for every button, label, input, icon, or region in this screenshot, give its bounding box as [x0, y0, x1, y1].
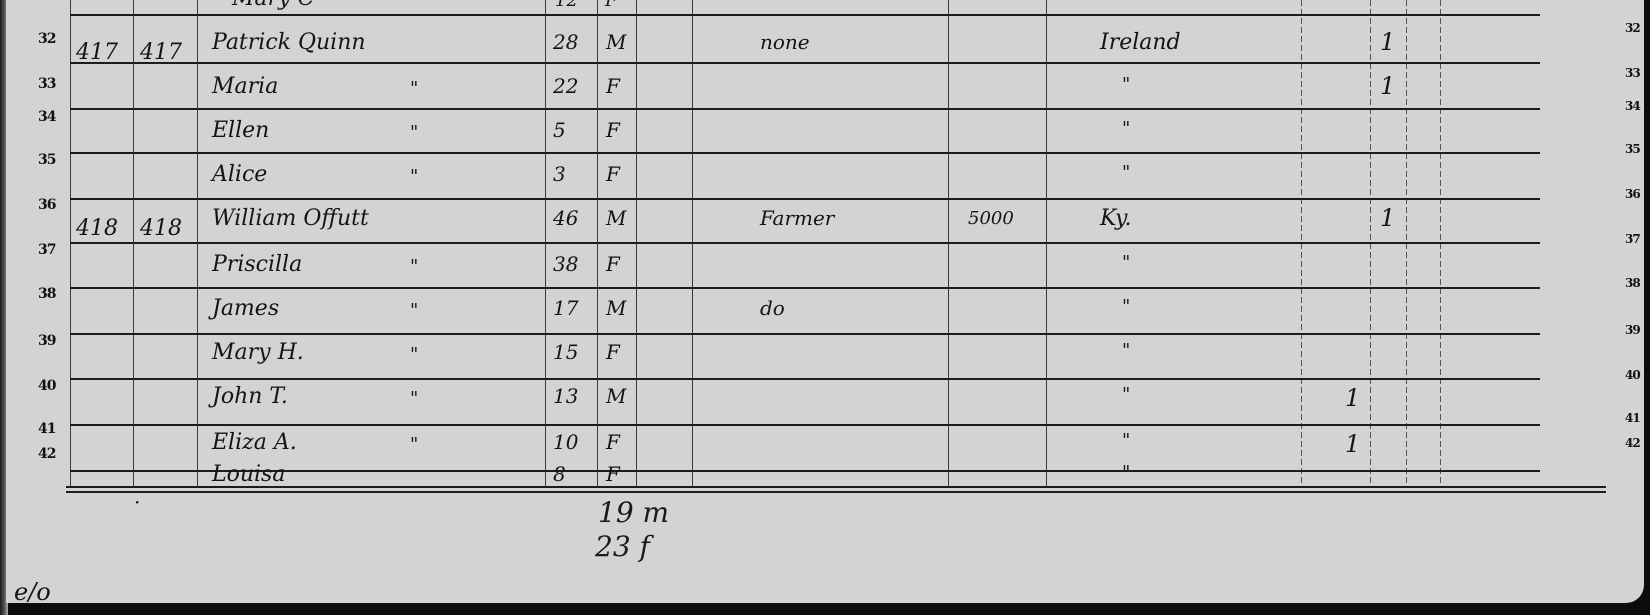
real-estate-value: 5000: [968, 208, 1014, 229]
birthplace: ": [1122, 74, 1130, 95]
birthplace: ": [1122, 384, 1130, 405]
surname-ditto: ": [410, 122, 418, 143]
total-double-rule: [66, 486, 1606, 488]
age: 8: [553, 462, 566, 486]
row-number-left: 42: [38, 446, 55, 462]
row-rule: [70, 198, 1540, 200]
person-name: Louisa: [212, 462, 285, 487]
row-number-right: 35: [1625, 142, 1640, 156]
occupation: Farmer: [760, 206, 834, 230]
family-number: 418: [140, 216, 182, 241]
row-number-left: 40: [38, 378, 55, 394]
sex: M: [606, 30, 626, 54]
row-number-right: 39: [1625, 323, 1640, 337]
row-number-right: 37: [1625, 232, 1640, 246]
row-number-left: 41: [38, 421, 55, 437]
column-divider: [1406, 0, 1407, 488]
row-rule: [70, 470, 1540, 472]
surname-ditto: ": [410, 300, 418, 321]
mark-column-b: 1: [1380, 204, 1395, 232]
row-rule: [70, 14, 1540, 16]
surname-ditto: ": [410, 256, 418, 277]
row-number-right: 33: [1625, 66, 1640, 80]
birthplace: Ireland: [1100, 30, 1181, 55]
partial-age: 12: [555, 0, 578, 11]
person-name: Patrick Quinn: [212, 30, 366, 55]
person-name: Maria: [212, 74, 278, 99]
row-number-right: 36: [1625, 187, 1640, 201]
row-rule: [70, 378, 1540, 380]
corner-mark: e/o: [14, 578, 51, 606]
column-divider: [545, 0, 546, 488]
sex: M: [606, 296, 626, 320]
row-rule: [70, 62, 1540, 64]
sex: F: [606, 74, 620, 98]
age: 5: [553, 118, 566, 142]
column-divider: [636, 0, 637, 488]
female-tally: 23 f: [595, 530, 650, 563]
person-name: Priscilla: [212, 252, 302, 277]
column-divider: [597, 0, 598, 488]
sex: F: [606, 162, 620, 186]
dwelling-number: 417: [76, 40, 118, 65]
column-divider: [197, 0, 198, 488]
birthplace: ": [1122, 430, 1130, 451]
person-name: Mary H.: [212, 340, 304, 365]
male-tally: 19 m: [598, 496, 669, 529]
row-rule: [70, 242, 1540, 244]
person-name: James: [212, 296, 279, 321]
family-number: 417: [140, 40, 182, 65]
age: 10: [553, 430, 578, 454]
row-number-left: 32: [38, 31, 55, 47]
mark-column-b: 1: [1380, 72, 1395, 100]
row-number-right: 38: [1625, 276, 1640, 290]
row-number-left: 35: [38, 152, 55, 168]
row-number-right: 40: [1625, 368, 1640, 382]
row-number-right: 41: [1625, 411, 1640, 425]
mark-column-b: 1: [1380, 28, 1395, 56]
person-name: Eliza A.: [212, 430, 297, 455]
age: 13: [553, 384, 578, 408]
row-rule: [70, 152, 1540, 154]
age: 17: [553, 296, 578, 320]
column-divider: [692, 0, 693, 488]
row-number-right: 32: [1625, 21, 1640, 35]
partial-sex: F: [605, 0, 618, 11]
birthplace: ": [1122, 162, 1130, 183]
column-divider: [1440, 0, 1441, 488]
surname-ditto: ": [410, 166, 418, 187]
total-double-rule: [66, 491, 1606, 493]
mark-column-a: 1: [1345, 430, 1360, 458]
age: 28: [553, 30, 578, 54]
birthplace: ": [1122, 252, 1130, 273]
row-number-left: 33: [38, 76, 55, 92]
age: 38: [553, 252, 578, 276]
sex: F: [606, 430, 620, 454]
birthplace: ": [1122, 462, 1130, 483]
occupation: do: [760, 296, 785, 320]
row-number-left: 34: [38, 109, 55, 125]
census-page: 3233343536373839404142323334353637383940…: [6, 0, 1644, 603]
row-number-left: 37: [38, 242, 55, 258]
column-divider: [1046, 0, 1047, 488]
column-divider: [133, 0, 134, 488]
row-rule: [70, 424, 1540, 426]
age: 22: [553, 74, 578, 98]
row-number-left: 36: [38, 197, 55, 213]
row-number-right: 34: [1625, 99, 1640, 113]
person-name: John T.: [212, 384, 288, 409]
partial-name: Mary C: [232, 0, 314, 11]
occupation: none: [760, 30, 810, 54]
column-divider: [1370, 0, 1371, 488]
age: 15: [553, 340, 578, 364]
stray-dot: ·: [134, 490, 140, 514]
birthplace: ": [1122, 296, 1130, 317]
column-divider: [70, 0, 71, 488]
sex: M: [606, 384, 626, 408]
age: 3: [553, 162, 566, 186]
dwelling-number: 418: [76, 216, 118, 241]
sex: F: [606, 340, 620, 364]
row-rule: [70, 333, 1540, 335]
surname-ditto: ": [410, 344, 418, 365]
sex: M: [606, 206, 626, 230]
row-number-left: 39: [38, 333, 55, 349]
person-name: William Offutt: [212, 206, 369, 231]
row-rule: [70, 287, 1540, 289]
row-number-right: 42: [1625, 436, 1640, 450]
sex: F: [606, 118, 620, 142]
age: 46: [553, 206, 578, 230]
mark-column-a: 1: [1345, 384, 1360, 412]
surname-ditto: ": [410, 434, 418, 455]
person-name: Alice: [212, 162, 267, 187]
surname-ditto: ": [410, 78, 418, 99]
surname-ditto: ": [410, 388, 418, 409]
birthplace: ": [1122, 118, 1130, 139]
sex: F: [606, 462, 620, 486]
row-number-left: 38: [38, 286, 55, 302]
person-name: Ellen: [212, 118, 269, 143]
column-divider: [948, 0, 949, 488]
birthplace: ": [1122, 340, 1130, 361]
sex: F: [606, 252, 620, 276]
birthplace: Ky.: [1100, 206, 1132, 231]
row-rule: [70, 108, 1540, 110]
partial-birthplace-ditto: ": [1132, 0, 1140, 13]
column-divider: [1301, 0, 1302, 488]
